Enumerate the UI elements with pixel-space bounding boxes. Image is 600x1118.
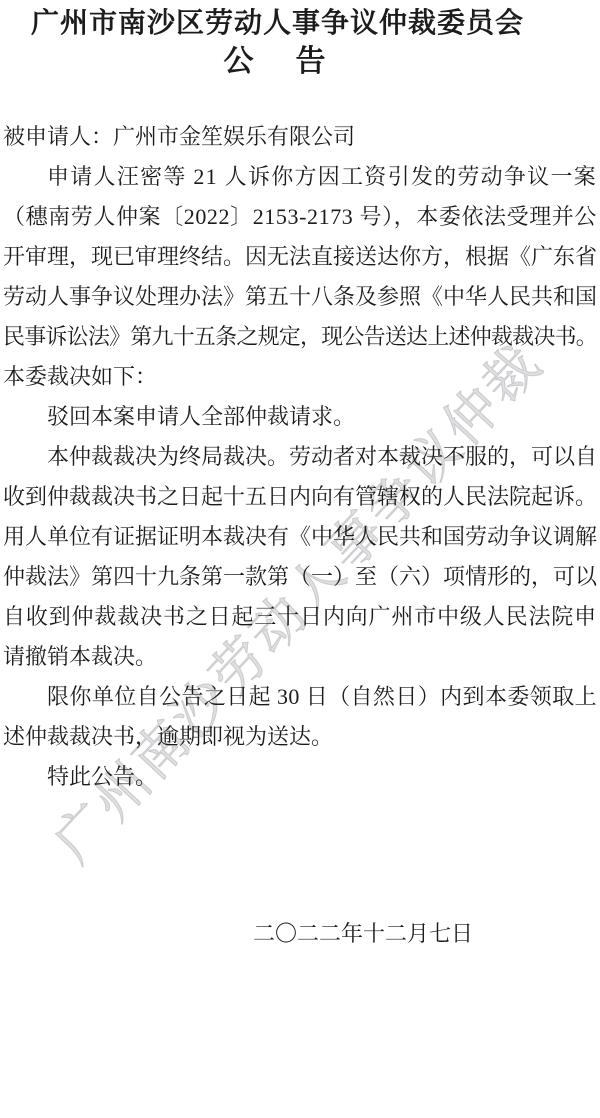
body-line: 申请人汪密等 21 人诉你方因工资引发的劳动争议一案 [3,157,597,197]
body-line: 本仲裁裁决为终局裁决。劳动者对本裁决不服的，可以自 [3,437,597,477]
body-line: 限你单位自公告之日起 30 日（自然日）内到本委领取上 [3,677,597,717]
issuing-authority-title: 广州市南沙区劳动人事争议仲裁委员会 [0,5,555,43]
body-line: 开审理，现已审理终结。因无法直接送达你方，根据《广东省 [3,237,597,277]
body-line: 驳回本案申请人全部仲裁请求。 [3,397,597,437]
body-line: 民事诉讼法》第九十五条之规定，现公告送达上述仲裁裁决书。 [3,317,597,357]
body-line: 自收到仲裁裁决书之日起三十日内向广州市中级人民法院申 [3,597,597,637]
body-line: 请撤销本裁决。 [3,637,597,677]
body-line: 述仲裁裁决书，逾期即视为送达。 [3,717,597,757]
body-line: 收到仲裁裁决书之日起十五日内向有管辖权的人民法院起诉。 [3,477,597,517]
notice-date: 二〇二二年十二月七日 [253,914,473,954]
body-line: （穗南劳人仲案〔2022〕2153-2173 号），本委依法受理并公 [3,197,597,237]
body-line: 本委裁决如下： [3,357,597,397]
notice-heading: 公 告 [0,43,555,81]
body-line: 仲裁法》第四十九条第一款第（一）至（六）项情形的，可以 [3,557,597,597]
body-line: 劳动人事争议处理办法》第五十八条及参照《中华人民共和国 [3,277,597,317]
body-line: 特此公告。 [3,757,597,797]
notice-document: 广州南沙劳动人事争议仲裁 广州市南沙区劳动人事争议仲裁委员会 公 告 被申请人：… [0,0,600,1118]
body-line: 用人单位有证据证明本裁决有《中华人民共和国劳动争议调解 [3,517,597,557]
document-header: 广州市南沙区劳动人事争议仲裁委员会 公 告 [0,5,555,81]
notice-body: 被申请人：广州市金笙娱乐有限公司申请人汪密等 21 人诉你方因工资引发的劳动争议… [3,117,597,797]
body-line: 被申请人：广州市金笙娱乐有限公司 [3,117,597,157]
